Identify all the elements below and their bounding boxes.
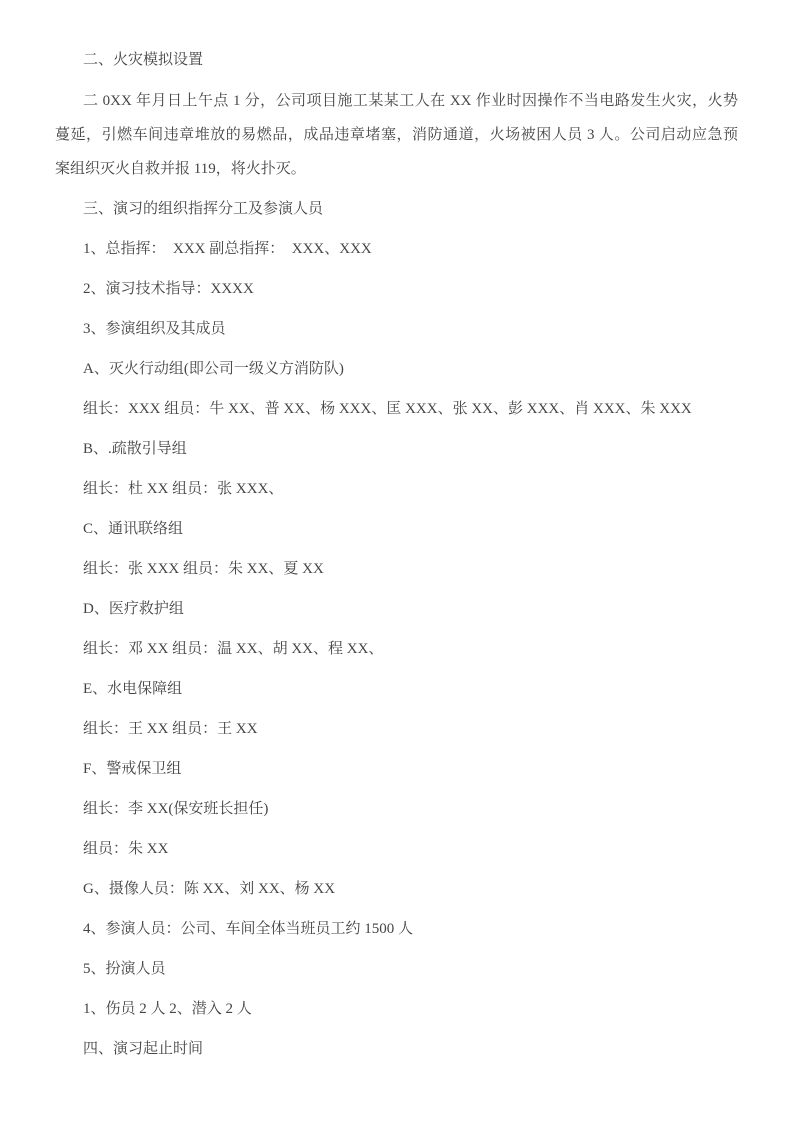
fire-scenario-paragraph: 二 0XX 年月日上午点 1 分，公司项目施工某某工人在 XX 作业时因操作不当… xyxy=(55,84,738,186)
role-players-detail: 1、伤员 2 人 2、潜入 2 人 xyxy=(55,993,738,1026)
fire-scenario-line-2: 蔓延，引燃车间违章堆放的易燃品，成品违章堵塞，消防通道，火场被困人员 3 人。公… xyxy=(55,118,738,152)
commander-line: 1、总指挥： XXX 副总指挥： XXX、XXX xyxy=(55,233,738,266)
section-heading-fire-simulation: 二、火灾模拟设置 xyxy=(55,44,738,77)
group-f-leader: 组长：李 XX(保安班长担任) xyxy=(55,793,738,826)
group-b-members: 组长：杜 XX 组员：张 XXX、 xyxy=(55,473,738,506)
section-heading-drill-time: 四、演习起止时间 xyxy=(55,1033,738,1066)
group-f-members: 组员：朱 XX xyxy=(55,833,738,866)
groups-heading: 3、参演组织及其成员 xyxy=(55,313,738,346)
group-a-members: 组长：XXX 组员：牛 XX、普 XX、杨 XXX、匡 XXX、张 XX、彭 X… xyxy=(55,393,738,426)
participants-line: 4、参演人员：公司、车间全体当班员工约 1500 人 xyxy=(55,913,738,946)
group-d-title: D、医疗救护组 xyxy=(55,593,738,626)
role-players-heading: 5、扮演人员 xyxy=(55,953,738,986)
fire-scenario-line-1: 二 0XX 年月日上午点 1 分，公司项目施工某某工人在 XX 作业时因操作不当… xyxy=(55,84,738,118)
group-c-members: 组长：张 XXX 组员：朱 XX、夏 XX xyxy=(55,553,738,586)
group-g-camera-line: G、摄像人员：陈 XX、刘 XX、杨 XX xyxy=(55,873,738,906)
document-page: 二、火灾模拟设置 二 0XX 年月日上午点 1 分，公司项目施工某某工人在 XX… xyxy=(0,0,793,1122)
technical-guidance-line: 2、演习技术指导：XXXX xyxy=(55,273,738,306)
group-d-members: 组长：邓 XX 组员：温 XX、胡 XX、程 XX、 xyxy=(55,633,738,666)
group-c-title: C、通讯联络组 xyxy=(55,513,738,546)
fire-scenario-line-3: 案组织灭火自救并报 119，将火扑灭。 xyxy=(55,152,738,186)
group-a-title: A、灭火行动组(即公司一级义方消防队) xyxy=(55,353,738,386)
group-e-title: E、水电保障组 xyxy=(55,673,738,706)
group-e-members: 组长：王 XX 组员：王 XX xyxy=(55,713,738,746)
group-b-title: B、.疏散引导组 xyxy=(55,433,738,466)
group-f-title: F、警戒保卫组 xyxy=(55,753,738,786)
section-heading-organization: 三、演习的组织指挥分工及参演人员 xyxy=(55,193,738,226)
